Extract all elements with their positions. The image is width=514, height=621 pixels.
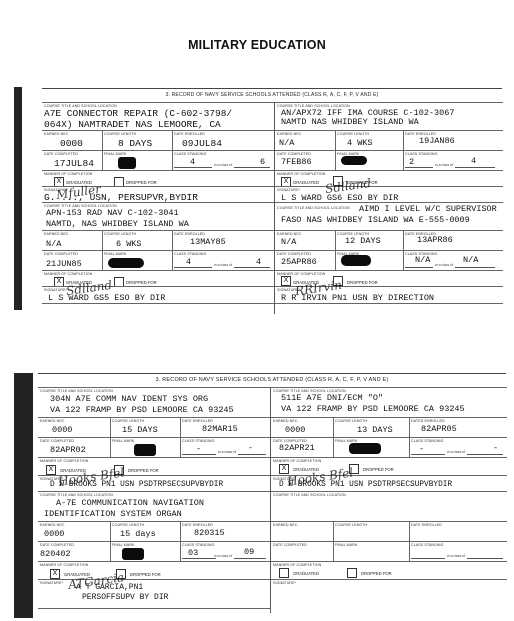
class-rank-value: 4 bbox=[186, 257, 191, 267]
final-mark-label: FINAL MARK bbox=[104, 252, 126, 256]
date-enrolled-value: 82APR05 bbox=[421, 424, 457, 434]
completed-mark-standing-row: DATE COMPLETED 25APR86 FINAL MARK CLASS … bbox=[275, 250, 503, 271]
sheet-header: 3. RECORD OF NAVY SERVICE SCHOOLS ATTEND… bbox=[42, 88, 502, 103]
signature-label: SIGNATURE* bbox=[44, 288, 67, 292]
class-rank-value: 4 bbox=[190, 157, 195, 167]
graduated-checkbox[interactable]: X bbox=[50, 569, 60, 579]
class-standing-label: CLASS STANDING bbox=[182, 439, 215, 443]
date-enrolled-value: 09JUL84 bbox=[182, 138, 222, 149]
final-mark-redaction bbox=[341, 156, 367, 165]
nec-length-enrolled-row: EARNED NEC 0000 COURSE LENGTH 15 DAYS DA… bbox=[38, 417, 270, 438]
completed-mark-standing-row: DATE COMPLETED 82APR21 FINAL MARK CLASS … bbox=[271, 437, 507, 458]
manner-label: MANNER OF COMPLETION bbox=[40, 563, 88, 567]
class-size-value: N/A bbox=[463, 255, 478, 265]
final-mark-redaction bbox=[108, 258, 144, 268]
class-size-value: - bbox=[248, 443, 253, 453]
earned-nec-value: N/A bbox=[46, 239, 61, 249]
class-standing-label: CLASS STANDING bbox=[174, 152, 207, 156]
course-title-line1: A-7E COMMUNICATION NAVIGATION bbox=[56, 498, 204, 508]
class-size-line bbox=[467, 558, 503, 559]
earned-nec-label: EARNED NEC bbox=[277, 132, 302, 136]
graduated-checkbox[interactable] bbox=[279, 568, 289, 578]
course-length-label: COURSE LENGTH bbox=[335, 523, 367, 527]
graduated-checkbox[interactable]: X bbox=[46, 465, 56, 475]
in-class-of-label: in a class of bbox=[214, 554, 232, 558]
dropped-label: DROPPED FOR bbox=[130, 572, 161, 577]
course-title-label: COURSE TITLE AND SCHOOL LOCATION bbox=[273, 493, 346, 497]
course-length-label: COURSE LENGTH bbox=[112, 523, 144, 527]
final-mark-label: FINAL MARK bbox=[335, 543, 357, 547]
signature-label: SIGNATURE* bbox=[40, 581, 63, 585]
service-schools-record-sheet-2: 3. RECORD OF NAVY SERVICE SCHOOLS ATTEND… bbox=[38, 373, 506, 613]
date-completed-value: 17JUL84 bbox=[54, 158, 94, 169]
course-title-block: COURSE TITLE AND SCHOOL LOCATION AIMD I … bbox=[275, 202, 503, 231]
class-rank-line bbox=[174, 267, 212, 268]
course-length-value: 15 DAYS bbox=[122, 425, 158, 435]
final-mark-redaction bbox=[349, 443, 381, 454]
date-enrolled-label: DATE ENROLLED bbox=[174, 132, 205, 136]
scan-edge-strip-top bbox=[14, 87, 22, 310]
nec-length-enrolled-row: EARNED NEC N/A COURSE LENGTH 6 WKS DATE … bbox=[42, 230, 274, 251]
in-class-of-label: in a class of bbox=[218, 450, 236, 454]
course-title-line2: VA 122 FRAMP BY PSD LEMOORE CA 93245 bbox=[281, 404, 465, 414]
class-rank-line bbox=[411, 558, 445, 559]
dropped-label: DROPPED FOR bbox=[128, 468, 159, 473]
class-standing-label: CLASS STANDING bbox=[405, 152, 438, 156]
in-class-of-label: in a class of bbox=[435, 163, 453, 167]
class-size-line bbox=[455, 167, 495, 168]
course-length-label: COURSE LENGTH bbox=[335, 419, 367, 423]
dropped-label: DROPPED FOR bbox=[361, 571, 392, 576]
date-completed-value: 82APR21 bbox=[279, 443, 315, 453]
course-title-label: COURSE TITLE AND SCHOOL LOCATION bbox=[40, 493, 113, 497]
manner-label: MANNER OF COMPLETION bbox=[44, 272, 92, 276]
completed-mark-standing-row: DATE COMPLETED 820402 FINAL MARK CLASS S… bbox=[38, 541, 270, 562]
earned-nec-label: EARNED NEC bbox=[273, 523, 298, 527]
course-length-value: 8 DAYS bbox=[118, 138, 152, 149]
dropped-label: DROPPED FOR bbox=[363, 467, 394, 472]
right-panel: COURSE TITLE AND SCHOOL LOCATION 511E A7… bbox=[270, 387, 507, 613]
course-title-line1: 304N A7E COMM NAV IDENT SYS ORG bbox=[50, 394, 208, 404]
earned-nec-value: N/A bbox=[281, 237, 296, 247]
earned-nec-label: EARNED NEC bbox=[44, 132, 69, 136]
signature-label: SIGNATURE* bbox=[273, 581, 296, 585]
left-panel: COURSE TITLE AND SCHOOL LOCATION 304N A7… bbox=[38, 387, 270, 613]
earned-nec-value: 0000 bbox=[44, 529, 64, 539]
class-rank-line bbox=[182, 558, 216, 559]
class-rank-value: - bbox=[419, 444, 424, 454]
course-title-line2: NAMTD NAS WHIDBEY ISLAND WA bbox=[281, 117, 419, 127]
in-class-of-label: in a class of bbox=[447, 554, 465, 558]
manner-of-completion-row: MANNER OF COMPLETION GRADUATED DROPPED F… bbox=[271, 561, 507, 580]
course-title-block: COURSE TITLE AND SCHOOL LOCATION 511E A7… bbox=[271, 387, 507, 418]
manner-label: MANNER OF COMPLETION bbox=[40, 459, 88, 463]
date-enrolled-value: 13APR86 bbox=[417, 235, 453, 245]
signature-text: L S WARD GS5 ESO BY DIR bbox=[48, 293, 165, 303]
class-standing-label: CLASS STANDING bbox=[174, 252, 207, 256]
graduated-label: GRADUATED bbox=[293, 180, 319, 185]
signature-row: SIGNATURE* G. ..., USN, PERSUPVR,BYDIR M… bbox=[42, 186, 274, 203]
course-length-label: COURSE LENGTH bbox=[337, 132, 369, 136]
date-enrolled-label: DATED ENROLLED bbox=[411, 419, 445, 423]
in-class-of-label: in a class of bbox=[447, 450, 465, 454]
course-title-block: COURSE TITLE AND SCHOOL LOCATION APN-153… bbox=[42, 202, 274, 231]
date-completed-label: DATE COMPLETED bbox=[44, 152, 78, 156]
course-title-line2: IDENTIFICATION SYSTEM ORGAN bbox=[44, 509, 182, 519]
class-size-value: 4 bbox=[256, 257, 261, 267]
manner-label: MANNER OF COMPLETION bbox=[273, 459, 321, 463]
date-enrolled-label: DATE ENROLLED bbox=[182, 523, 213, 527]
graduated-checkbox[interactable]: X bbox=[279, 464, 289, 474]
class-rank-line bbox=[405, 167, 433, 168]
class-rank-line bbox=[182, 454, 216, 455]
nec-length-enrolled-row: EARNED NEC 0000 COURSE LENGTH 13 DAYS DA… bbox=[271, 417, 507, 438]
nec-length-enrolled-row: EARNED NEC 0000 COURSE LENGTH 8 DAYS DAT… bbox=[42, 130, 274, 151]
date-completed-label: DATE COMPLETED bbox=[277, 252, 311, 256]
signature-row: SIGNATURE* D W BROOKS PN1 USN PSDTRPSECS… bbox=[271, 475, 507, 492]
final-mark-label: FINAL MARK bbox=[104, 152, 126, 156]
class-rank-line bbox=[411, 454, 445, 455]
completed-mark-standing-row: DATE COMPLETED 21JUN85 FINAL MARK CLASS … bbox=[42, 250, 274, 271]
right-panel: COURSE TITLE AND SCHOOL LOCATION AN/APX7… bbox=[274, 102, 503, 314]
in-class-of-label: in a class of bbox=[214, 263, 232, 267]
course-length-value: 12 DAYS bbox=[345, 236, 381, 246]
service-schools-record-sheet-1: 3. RECORD OF NAVY SERVICE SCHOOLS ATTEND… bbox=[42, 88, 502, 314]
earned-nec-value: 0000 bbox=[52, 425, 72, 435]
completed-mark-standing-row: DATE COMPLETED 82APR02 FINAL MARK CLASS … bbox=[38, 437, 270, 458]
course-title-block: COURSE TITLE AND SCHOOL LOCATION AN/APX7… bbox=[275, 102, 503, 131]
in-class-of-label: in a class of bbox=[214, 163, 232, 167]
graduated-label: GRADUATED bbox=[293, 571, 319, 576]
class-standing-label: CLASS STANDING bbox=[411, 543, 444, 547]
class-rank-line bbox=[405, 267, 433, 268]
course-title-label: COURSE TITLE AND SCHOOL LOCATION bbox=[277, 206, 350, 210]
class-size-value: - bbox=[493, 443, 498, 453]
class-size-line bbox=[234, 167, 270, 168]
class-size-line bbox=[238, 454, 266, 455]
signature-row: SIGNATURE* A T GARCIA,PN1 PERSOFFSUPV BY… bbox=[38, 579, 270, 609]
date-completed-value: 82APR02 bbox=[50, 445, 86, 455]
class-rank-value: N/A bbox=[415, 255, 430, 265]
class-size-line bbox=[234, 267, 270, 268]
course-title-label: COURSE TITLE AND SCHOOL LOCATION bbox=[40, 389, 113, 393]
graduated-checkbox[interactable]: X bbox=[281, 276, 291, 286]
date-completed-label: DATE COMPLETED bbox=[277, 152, 311, 156]
final-mark-redaction bbox=[122, 548, 144, 560]
course-title-block: COURSE TITLE AND SCHOOL LOCATION A-7E CO… bbox=[38, 491, 270, 522]
nec-length-enrolled-row: EARNED NEC COURSE LENGTH DATE ENROLLED bbox=[271, 521, 507, 542]
course-title-block: COURSE TITLE AND SCHOOL LOCATION 304N A7… bbox=[38, 387, 270, 418]
course-length-value: 6 WKS bbox=[116, 239, 142, 249]
earned-nec-value: 0000 bbox=[285, 425, 305, 435]
page-title: MILITARY EDUCATION bbox=[0, 38, 514, 52]
earned-nec-label: EARNED NEC bbox=[40, 523, 65, 527]
class-size-line bbox=[467, 454, 503, 455]
course-title-block: COURSE TITLE AND SCHOOL LOCATION A7E CON… bbox=[42, 102, 274, 131]
signature-row: SIGNATURE* L S WARD GS6 ESO BY DIR Sdlla… bbox=[275, 186, 503, 203]
earned-nec-label: EARNED NEC bbox=[277, 232, 302, 236]
course-length-value: 13 DAYS bbox=[357, 425, 393, 435]
final-mark-redaction bbox=[118, 157, 136, 169]
manner-label: MANNER OF COMPLETION bbox=[277, 172, 325, 176]
course-length-value: 15 days bbox=[120, 529, 156, 539]
class-size-line bbox=[455, 267, 495, 268]
completed-mark-standing-row: DATE COMPLETED 7FEB86 FINAL MARK CLASS S… bbox=[275, 150, 503, 171]
manner-label: MANNER OF COMPLETION bbox=[44, 172, 92, 176]
date-enrolled-value: 19JAN86 bbox=[419, 136, 455, 146]
scan-edge-strip-bottom bbox=[14, 373, 33, 618]
date-completed-value: 820402 bbox=[40, 549, 71, 559]
class-size-value: 4 bbox=[471, 156, 476, 166]
earned-nec-label: EARNED NEC bbox=[273, 419, 298, 423]
class-rank-value: 2 bbox=[409, 157, 414, 167]
course-length-label: COURSE LENGTH bbox=[112, 419, 144, 423]
class-size-value: 6 bbox=[260, 157, 265, 167]
signature-row: SIGNATURE* R R IRVIN PN1 USN BY DIRECTIO… bbox=[275, 286, 503, 304]
manner-label: MANNER OF COMPLETION bbox=[273, 563, 321, 567]
date-completed-label: DATE COMPLETED bbox=[44, 252, 78, 256]
date-enrolled-value: 13MAY85 bbox=[190, 237, 226, 247]
class-size-value: 09 bbox=[244, 547, 254, 557]
dropped-label: DROPPED FOR bbox=[126, 180, 157, 185]
date-completed-label: DATE COMPLETED bbox=[273, 543, 307, 547]
course-title-line1: APN-153 RAD NAV C-102-3041 bbox=[46, 208, 179, 218]
class-rank-value: - bbox=[196, 444, 201, 454]
class-standing-label: CLASS STANDING bbox=[182, 543, 215, 547]
dropped-checkbox[interactable] bbox=[347, 568, 357, 578]
date-enrolled-value: 820315 bbox=[194, 528, 225, 538]
earned-nec-label: EARNED NEC bbox=[40, 419, 65, 423]
earned-nec-value: N/A bbox=[279, 138, 294, 148]
dropped-label: DROPPED FOR bbox=[347, 280, 378, 285]
signature-row: SIGNATURE* L S WARD GS5 ESO BY DIR Sdlla… bbox=[42, 286, 274, 304]
course-title-line1: 511E A7E DNI/ECM "O" bbox=[281, 393, 383, 403]
completed-mark-standing-row: DATE COMPLETED 17JUL84 FINAL MARK CLASS … bbox=[42, 150, 274, 171]
date-completed-label: DATE COMPLETED bbox=[40, 439, 74, 443]
date-completed-value: 7FEB86 bbox=[281, 157, 312, 167]
course-title-line2: VA 122 FRAMP BY PSD LEMOORE CA 93245 bbox=[50, 405, 234, 415]
date-enrolled-label: DATE ENROLLED bbox=[182, 419, 213, 423]
date-completed-value: 21JUN85 bbox=[46, 259, 82, 269]
final-mark-label: FINAL MARK bbox=[112, 439, 134, 443]
date-completed-label: DATE COMPLETED bbox=[40, 543, 74, 547]
course-title-line1: A7E CONNECTOR REPAIR (C-602-3798/ bbox=[44, 108, 232, 119]
course-length-value: 4 WKS bbox=[347, 138, 373, 148]
sheet-header: 3. RECORD OF NAVY SERVICE SCHOOLS ATTEND… bbox=[38, 373, 506, 388]
signature-line2: PERSOFFSUPV BY DIR bbox=[82, 593, 168, 602]
nec-length-enrolled-row: EARNED NEC N/A COURSE LENGTH 4 WKS DATE … bbox=[275, 130, 503, 151]
course-title-line2: NAMTD, NAS WHIDBEY ISLAND WA bbox=[46, 219, 189, 229]
date-enrolled-label: DATE ENROLLED bbox=[174, 232, 205, 236]
in-class-of-label: in a class of bbox=[435, 263, 453, 267]
course-title-line1: AIMD I LEVEL W/C SUPERVISOR bbox=[359, 204, 497, 214]
nec-length-enrolled-row: EARNED NEC 0000 COURSE LENGTH 15 days DA… bbox=[38, 521, 270, 542]
nec-length-enrolled-row: EARNED NEC N/A COURSE LENGTH 12 DAYS DAT… bbox=[275, 230, 503, 251]
class-rank-value: 03 bbox=[188, 548, 198, 558]
earned-nec-label: EARNED NEC bbox=[44, 232, 69, 236]
final-mark-redaction bbox=[341, 255, 371, 266]
date-enrolled-label: DATE ENROLLED bbox=[411, 523, 442, 527]
course-title-line2: FASO NAS WHIDBEY ISLAND WA E-555-0009 bbox=[281, 215, 470, 225]
left-panel: COURSE TITLE AND SCHOOL LOCATION A7E CON… bbox=[42, 102, 274, 314]
course-length-label: COURSE LENGTH bbox=[104, 132, 136, 136]
date-completed-value: 25APR86 bbox=[281, 257, 317, 267]
class-standing-label: CLASS STANDING bbox=[411, 439, 444, 443]
course-length-label: COURSE LENGTH bbox=[104, 232, 136, 236]
course-title-block: COURSE TITLE AND SCHOOL LOCATION bbox=[271, 491, 507, 522]
final-mark-redaction bbox=[134, 444, 156, 456]
class-rank-line bbox=[174, 167, 212, 168]
signature-row: SIGNATURE* D W BROOKS PN1 USN PSDTRPSECS… bbox=[38, 475, 270, 492]
class-size-line bbox=[234, 558, 266, 559]
manner-of-completion-row: MANNER OF COMPLETION X GRADUATED DROPPED… bbox=[275, 170, 503, 187]
date-enrolled-value: 82MAR15 bbox=[202, 424, 238, 434]
signature-label: SIGNATURE* bbox=[277, 188, 300, 192]
dropped-label: DROPPED FOR bbox=[126, 280, 157, 285]
course-title-line2: 064X) NAMTRADET NAS LEMOORE, CA bbox=[44, 119, 221, 130]
final-mark-label: FINAL MARK bbox=[112, 543, 134, 547]
signature-row: SIGNATURE* bbox=[271, 579, 507, 596]
completed-mark-standing-row: DATE COMPLETED FINAL MARK CLASS STANDING… bbox=[271, 541, 507, 562]
earned-nec-value: 0000 bbox=[60, 138, 83, 149]
